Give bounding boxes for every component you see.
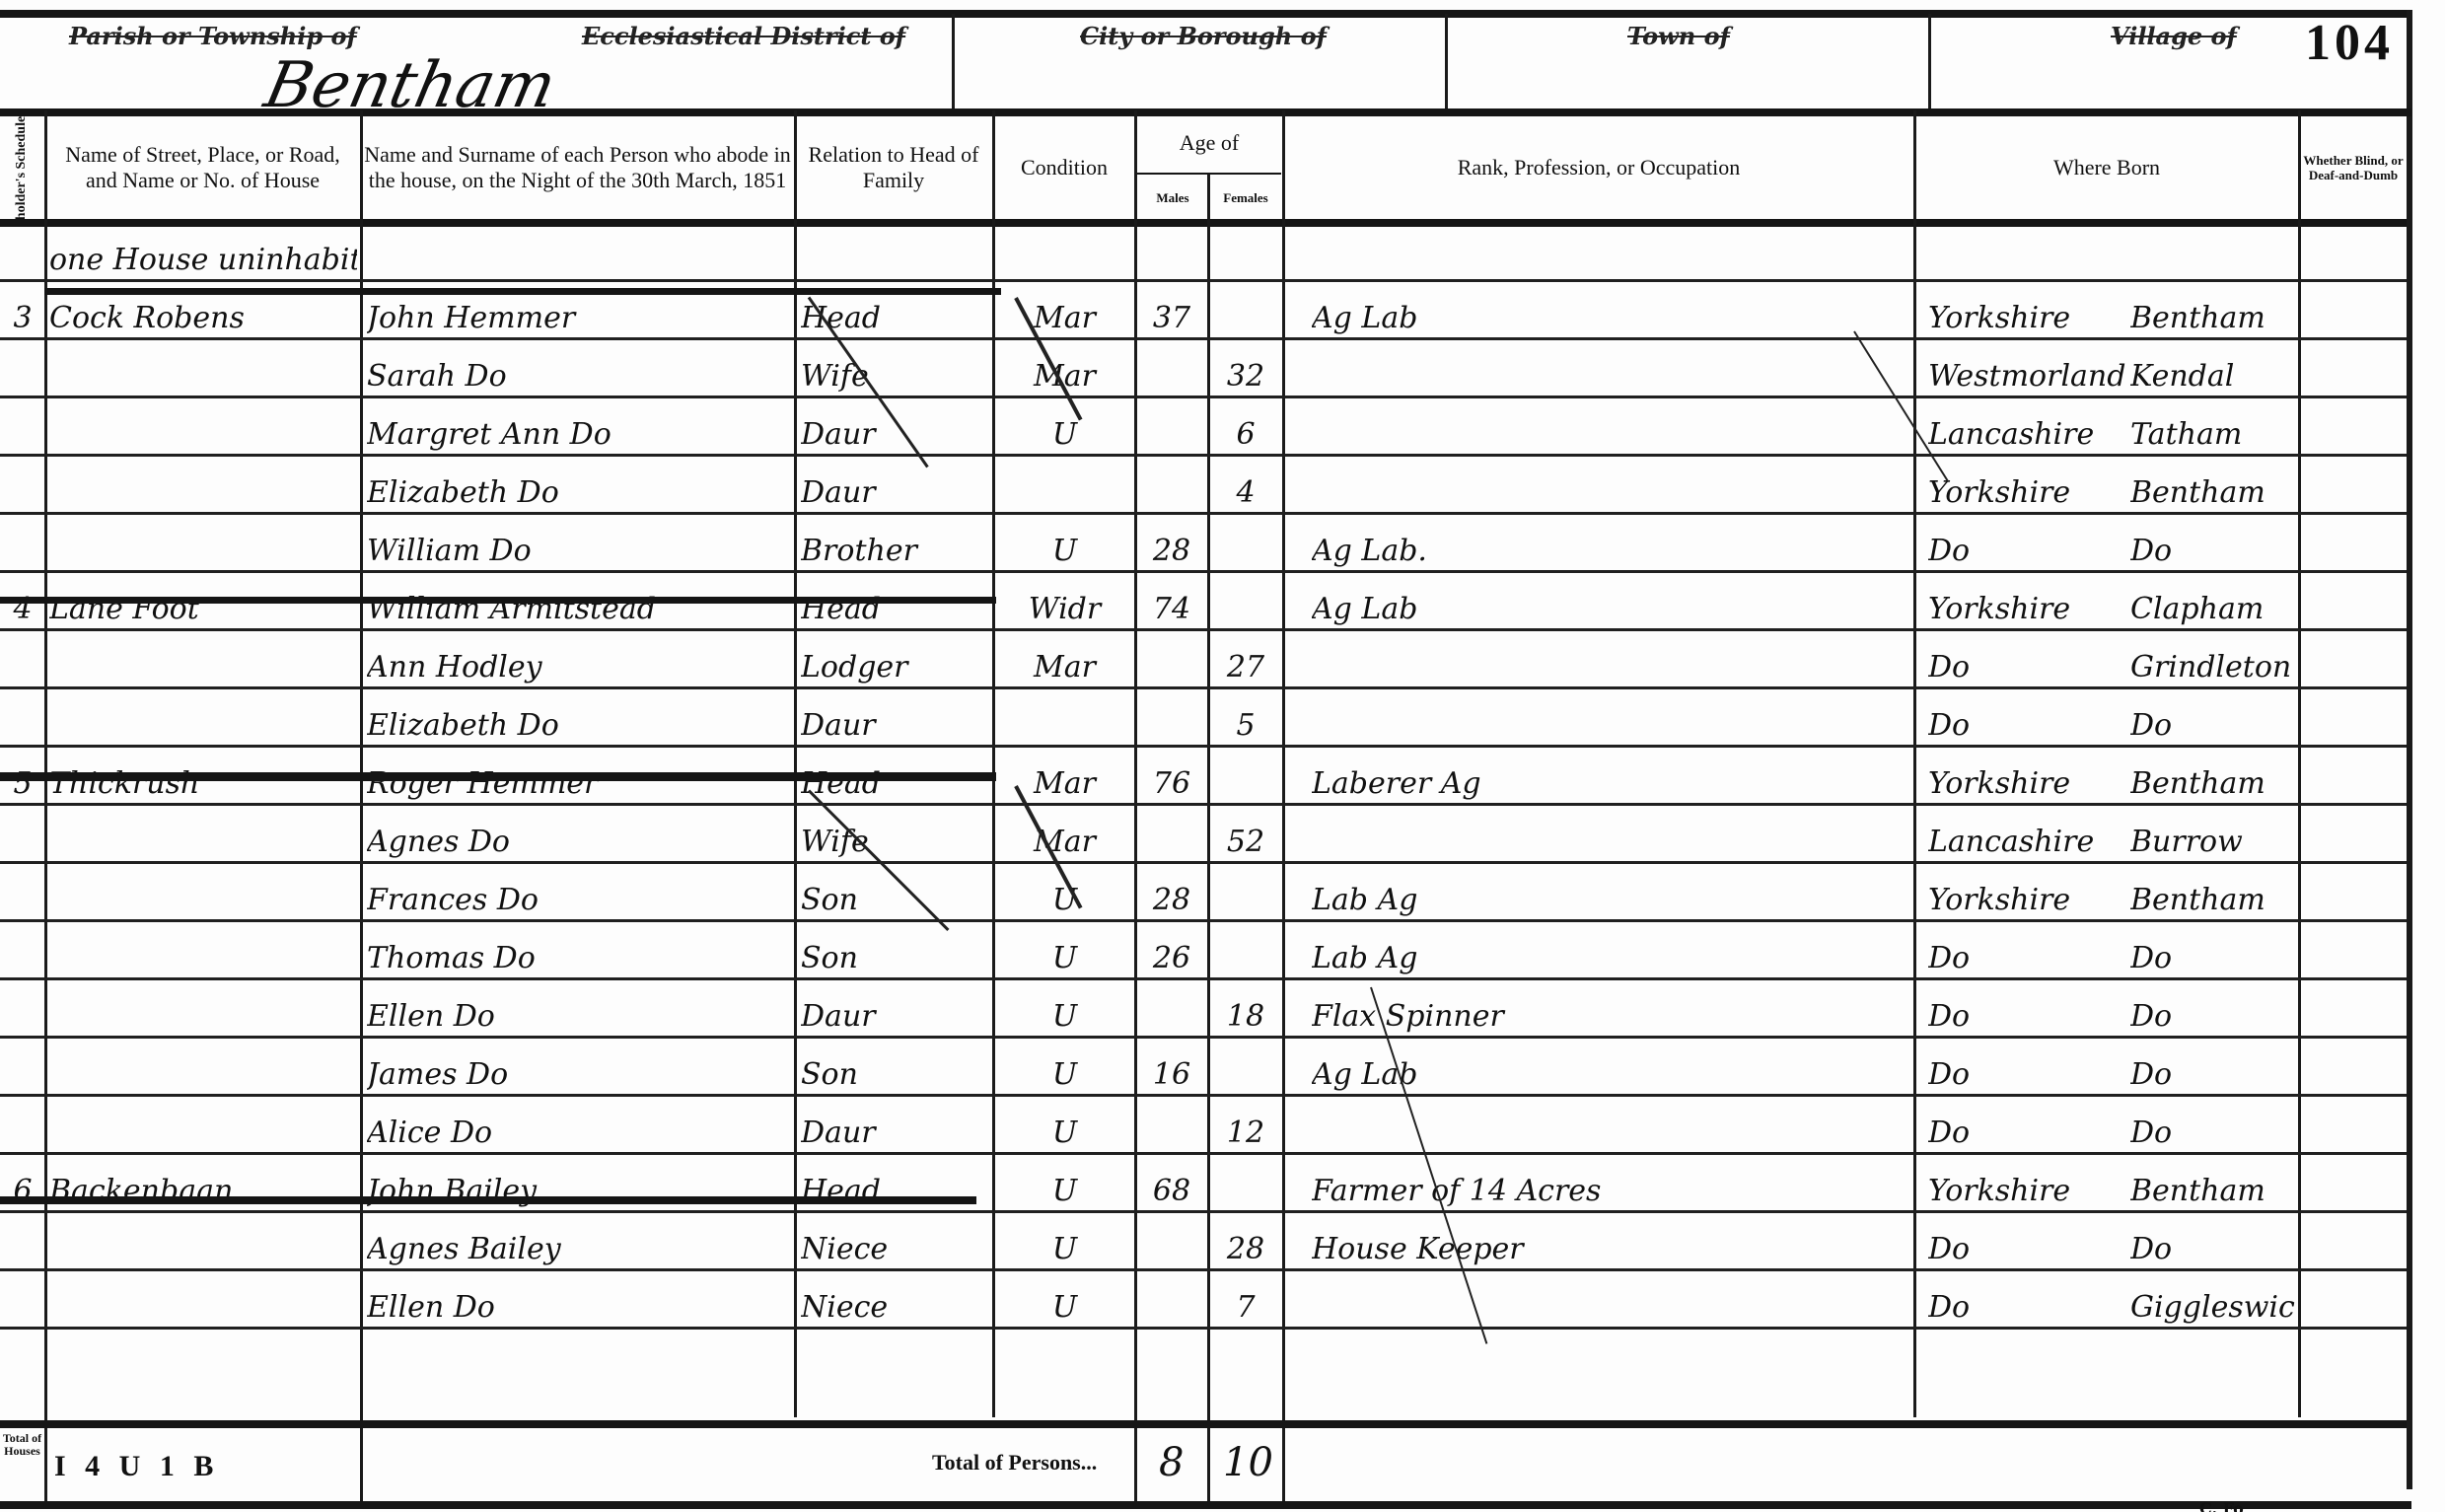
- col-females-header: Females: [1210, 178, 1281, 217]
- cell-males: [1137, 690, 1206, 749]
- row-rule: [0, 1152, 2407, 1155]
- cell-born-county: Do: [1928, 632, 2125, 690]
- row-rule: [0, 512, 2407, 515]
- cell-born-place: Do: [2130, 516, 2296, 574]
- cell-street: [49, 981, 357, 1040]
- cell-females: 6: [1210, 399, 1281, 458]
- col-relation-header: Relation to Head of Family: [797, 116, 990, 219]
- cell-occupation: [1312, 1272, 1908, 1331]
- cell-born-county: Yorkshire: [1928, 283, 2125, 341]
- cell-females: 18: [1210, 981, 1281, 1040]
- cell-occupation: Lab Ag: [1312, 865, 1908, 923]
- cell-born-county: Yorkshire: [1928, 865, 2125, 923]
- col-line: [992, 110, 995, 1417]
- row-rule: [0, 977, 2407, 980]
- cell-born-county: Do: [1928, 923, 2125, 981]
- cell-name: Frances Do: [367, 865, 791, 923]
- cell-born-place: Do: [2130, 1040, 2296, 1098]
- cell-blind: [2303, 1040, 2402, 1098]
- row-rule: [0, 1327, 2407, 1330]
- cell-condition: U: [998, 399, 1131, 458]
- cell-blind: [2303, 632, 2402, 690]
- cell-born-place: Grindleton: [2130, 632, 2296, 690]
- cell-relation: Wife: [801, 341, 988, 399]
- cell-born-place: Tatham: [2130, 399, 2296, 458]
- cell-occupation: House Keeper: [1312, 1214, 1908, 1272]
- cell-born-place: Do: [2130, 690, 2296, 749]
- cell-street: [49, 690, 357, 749]
- household-separator: [44, 288, 1001, 295]
- cell-name: Agnes Bailey: [367, 1214, 791, 1272]
- cell-schedule: [2, 923, 43, 981]
- cell-occupation: Ag Lab.: [1312, 516, 1908, 574]
- cell-born-place: Do: [2130, 1214, 2296, 1272]
- cell-born-county: Do: [1928, 981, 2125, 1040]
- col-line: [360, 110, 363, 1506]
- cell-occupation: Lab Ag: [1312, 923, 1908, 981]
- totals-top-border: [0, 1420, 2407, 1428]
- cell-born-place: Burrow: [2130, 807, 2296, 865]
- cell-condition: Mar: [998, 632, 1131, 690]
- total-females: 10: [1223, 1440, 1273, 1485]
- cell-condition: U: [998, 1272, 1131, 1331]
- cell-name: John Bailey: [367, 1156, 791, 1214]
- cell-schedule: [2, 1098, 43, 1156]
- cell-males: 28: [1137, 865, 1206, 923]
- cell-name: Elizabeth Do: [367, 458, 791, 516]
- cell-males: [1137, 1214, 1206, 1272]
- cell-males: 37: [1137, 283, 1206, 341]
- total-houses-value: I 4 U 1 B: [54, 1450, 219, 1483]
- cell-schedule: [2, 458, 43, 516]
- col-line: [1913, 110, 1916, 1417]
- cell-females: 52: [1210, 807, 1281, 865]
- cell-schedule: [2, 341, 43, 399]
- cell-males: [1137, 399, 1206, 458]
- cell-name: Alice Do: [367, 1098, 791, 1156]
- cell-condition: U: [998, 981, 1131, 1040]
- cell-blind: [2303, 283, 2402, 341]
- cell-females: [1210, 923, 1281, 981]
- cell-males: [1137, 225, 1206, 283]
- cell-condition: U: [998, 1156, 1131, 1214]
- cell-blind: [2303, 399, 2402, 458]
- cell-name: Margret Ann Do: [367, 399, 791, 458]
- cell-street: [49, 399, 357, 458]
- cell-blind: [2303, 1098, 2402, 1156]
- cell-name: Sarah Do: [367, 341, 791, 399]
- cell-blind: [2303, 225, 2402, 283]
- cell-street: [49, 1214, 357, 1272]
- cell-street: [49, 632, 357, 690]
- col-males-header: Males: [1137, 178, 1208, 217]
- household-separator: [0, 597, 996, 604]
- right-border: [2407, 10, 2412, 1489]
- cell-born-place: [2130, 225, 2296, 283]
- cell-schedule: 6: [2, 1156, 43, 1214]
- cell-occupation: [1312, 225, 1908, 283]
- row-rule: [0, 279, 2407, 282]
- row-rule: [0, 337, 2407, 340]
- cell-born-county: Yorkshire: [1928, 574, 2125, 632]
- col-line: [44, 110, 47, 1506]
- col-where-born-header: Where Born: [1916, 116, 2297, 219]
- row-rule: [0, 1210, 2407, 1213]
- cell-females: [1210, 749, 1281, 807]
- cell-females: 32: [1210, 341, 1281, 399]
- cell-females: [1210, 1156, 1281, 1214]
- cell-relation: Brother: [801, 516, 988, 574]
- cell-street: one House uninhabited: [49, 225, 357, 283]
- row-rule: [0, 861, 2407, 864]
- cell-relation: Daur: [801, 458, 988, 516]
- cell-occupation: [1312, 807, 1908, 865]
- cell-schedule: [2, 632, 43, 690]
- cell-condition: U: [998, 1214, 1131, 1272]
- cell-born-place: Bentham: [2130, 865, 2296, 923]
- cell-occupation: [1312, 632, 1908, 690]
- cell-occupation: Ag Lab: [1312, 283, 1908, 341]
- cell-street: [49, 923, 357, 981]
- row-rule: [0, 396, 2407, 398]
- cell-born-place: Do: [2130, 1098, 2296, 1156]
- cell-condition: [998, 225, 1131, 283]
- cell-relation: Lodger: [801, 632, 988, 690]
- cell-females: 7: [1210, 1272, 1281, 1331]
- cell-relation: [801, 225, 988, 283]
- cell-schedule: [2, 807, 43, 865]
- col-schedule-label: holder's Schedule: [15, 115, 30, 219]
- col-condition-header: Condition: [995, 116, 1133, 219]
- cell-males: [1137, 807, 1206, 865]
- cell-blind: [2303, 1214, 2402, 1272]
- total-houses-label: Total of Houses: [0, 1432, 44, 1458]
- cell-males: 26: [1137, 923, 1206, 981]
- cell-females: 27: [1210, 632, 1281, 690]
- cell-name: Elizabeth Do: [367, 690, 791, 749]
- col-line: [1282, 110, 1285, 1506]
- cell-females: [1210, 516, 1281, 574]
- cell-name: Ann Hodley: [367, 632, 791, 690]
- col-occupation-header: Rank, Profession, or Occupation: [1285, 116, 1912, 219]
- col-schedule-header: holder's Schedule: [2, 118, 41, 217]
- cell-name: William Do: [367, 516, 791, 574]
- row-rule: [0, 1094, 2407, 1097]
- cell-name: [367, 225, 791, 283]
- cell-condition: U: [998, 516, 1131, 574]
- cell-born-county: Do: [1928, 1040, 2125, 1098]
- header-divider: [952, 14, 955, 112]
- total-males: 8: [1159, 1440, 1184, 1485]
- cell-born-place: Bentham: [2130, 458, 2296, 516]
- col-line: [794, 110, 797, 1417]
- cell-relation: Head: [801, 1156, 988, 1214]
- cell-blind: [2303, 341, 2402, 399]
- cell-blind: [2303, 690, 2402, 749]
- cell-born-place: Clapham: [2130, 574, 2296, 632]
- cell-males: [1137, 341, 1206, 399]
- cell-females: 12: [1210, 1098, 1281, 1156]
- row-rule: [0, 454, 2407, 457]
- row-rule: [0, 686, 2407, 689]
- cell-born-county: [1928, 225, 2125, 283]
- cell-females: [1210, 283, 1281, 341]
- cell-males: [1137, 981, 1206, 1040]
- cell-schedule: [2, 1040, 43, 1098]
- cell-schedule: [2, 690, 43, 749]
- cell-condition: Mar: [998, 807, 1131, 865]
- cell-street: [49, 1040, 357, 1098]
- page-number: 104: [2305, 14, 2394, 72]
- cell-occupation: Farmer of 14 Acres: [1312, 1156, 1908, 1214]
- town-label: Town of: [1627, 22, 1730, 50]
- cell-relation: Niece: [801, 1272, 988, 1331]
- cell-females: 5: [1210, 690, 1281, 749]
- cell-occupation: Flax Spinner: [1312, 981, 1908, 1040]
- cell-born-place: Do: [2130, 923, 2296, 981]
- cell-born-county: Do: [1928, 516, 2125, 574]
- cell-relation: Wife: [801, 807, 988, 865]
- cell-females: [1210, 574, 1281, 632]
- cell-females: 28: [1210, 1214, 1281, 1272]
- cell-blind: [2303, 865, 2402, 923]
- cell-condition: Mar: [998, 749, 1131, 807]
- col-blind-header: Whether Blind, or Deaf-and-Dumb: [2301, 116, 2406, 219]
- cell-males: 76: [1137, 749, 1206, 807]
- cell-relation: Niece: [801, 1214, 988, 1272]
- cell-blind: [2303, 923, 2402, 981]
- row-rule: [0, 803, 2407, 806]
- cell-born-place: Bentham: [2130, 1156, 2296, 1214]
- cell-street: [49, 458, 357, 516]
- cell-condition: [998, 458, 1131, 516]
- cell-males: [1137, 1098, 1206, 1156]
- row-rule: [0, 570, 2407, 573]
- cell-name: James Do: [367, 1040, 791, 1098]
- cell-schedule: 3: [2, 283, 43, 341]
- cell-born-place: Kendal: [2130, 341, 2296, 399]
- cell-relation: Daur: [801, 399, 988, 458]
- cell-street: [49, 1098, 357, 1156]
- cell-born-county: Do: [1928, 690, 2125, 749]
- cell-born-county: Do: [1928, 1098, 2125, 1156]
- cell-born-county: Yorkshire: [1928, 749, 2125, 807]
- cell-condition: U: [998, 1098, 1131, 1156]
- header-divider: [1445, 14, 1448, 112]
- cell-males: 74: [1137, 574, 1206, 632]
- cell-born-county: Yorkshire: [1928, 458, 2125, 516]
- cell-occupation: Laberer Ag: [1312, 749, 1908, 807]
- header-divider: [1928, 14, 1931, 112]
- row-rule: [0, 745, 2407, 748]
- cell-occupation: [1312, 690, 1908, 749]
- cell-females: [1210, 865, 1281, 923]
- cell-blind: [2303, 1156, 2402, 1214]
- footer-mark: C. Fo: [2199, 1499, 2244, 1512]
- row-rule: [0, 628, 2407, 631]
- cell-blind: [2303, 574, 2402, 632]
- cell-street: Backenbaan: [49, 1156, 357, 1214]
- cell-street: [49, 1272, 357, 1331]
- household-separator: [0, 772, 996, 781]
- row-rule: [0, 1268, 2407, 1271]
- cell-schedule: [2, 865, 43, 923]
- col-line: [2298, 110, 2301, 1417]
- cell-males: 16: [1137, 1040, 1206, 1098]
- cell-occupation: [1312, 1098, 1908, 1156]
- total-persons-label: Total of Persons...: [932, 1450, 1097, 1476]
- cell-blind: [2303, 807, 2402, 865]
- cell-condition: [998, 690, 1131, 749]
- cell-born-place: Do: [2130, 981, 2296, 1040]
- ecclesiastical-district-label: Ecclesiastical District of: [582, 22, 905, 50]
- cell-born-county: Do: [1928, 1272, 2125, 1331]
- row-rule: [0, 919, 2407, 922]
- cell-street: [49, 865, 357, 923]
- cell-blind: [2303, 458, 2402, 516]
- cell-born-county: Do: [1928, 1214, 2125, 1272]
- cell-condition: Mar: [998, 283, 1131, 341]
- cell-males: [1137, 458, 1206, 516]
- top-border: [0, 10, 2411, 18]
- cell-born-county: Yorkshire: [1928, 1156, 2125, 1214]
- cell-name: Ellen Do: [367, 1272, 791, 1331]
- cell-males: 68: [1137, 1156, 1206, 1214]
- cell-relation: Son: [801, 923, 988, 981]
- cell-schedule: [2, 225, 43, 283]
- cell-blind: [2303, 749, 2402, 807]
- cell-born-county: Westmorland: [1928, 341, 2125, 399]
- cell-schedule: [2, 981, 43, 1040]
- cell-street: [49, 807, 357, 865]
- cell-born-county: Lancashire: [1928, 807, 2125, 865]
- cell-relation: Daur: [801, 690, 988, 749]
- cell-blind: [2303, 981, 2402, 1040]
- cell-relation: Daur: [801, 981, 988, 1040]
- cell-occupation: Ag Lab: [1312, 574, 1908, 632]
- cell-street: [49, 516, 357, 574]
- bottom-border: [0, 1501, 2411, 1509]
- cell-born-place: Bentham: [2130, 283, 2296, 341]
- row-rule: [0, 1036, 2407, 1039]
- cell-name: Thomas Do: [367, 923, 791, 981]
- cell-born-county: Lancashire: [1928, 399, 2125, 458]
- cell-born-place: Giggleswick: [2130, 1272, 2296, 1331]
- cell-condition: U: [998, 1040, 1131, 1098]
- col-age-header: Age of: [1137, 118, 1281, 168]
- col-street-header: Name of Street, Place, or Road, and Name…: [47, 116, 358, 219]
- cell-schedule: [2, 399, 43, 458]
- cell-relation: Daur: [801, 1098, 988, 1156]
- parish-label: Parish or Township of: [69, 22, 357, 50]
- cell-condition: U: [998, 923, 1131, 981]
- cell-blind: [2303, 516, 2402, 574]
- cell-blind: [2303, 1272, 2402, 1331]
- cell-schedule: [2, 1272, 43, 1331]
- cell-occupation: [1312, 458, 1908, 516]
- cell-occupation: [1312, 399, 1908, 458]
- cell-schedule: [2, 516, 43, 574]
- cell-females: [1210, 1040, 1281, 1098]
- cell-born-place: Bentham: [2130, 749, 2296, 807]
- cell-schedule: [2, 1214, 43, 1272]
- cell-females: 4: [1210, 458, 1281, 516]
- cell-males: 28: [1137, 516, 1206, 574]
- col-name-header: Name and Surname of each Person who abod…: [363, 116, 792, 219]
- cell-occupation: Ag Lab: [1312, 1040, 1908, 1098]
- city-borough-label: City or Borough of: [1080, 22, 1327, 50]
- household-separator: [0, 1196, 976, 1204]
- cell-name: Ellen Do: [367, 981, 791, 1040]
- cell-condition: Widr: [998, 574, 1131, 632]
- cell-males: [1137, 1272, 1206, 1331]
- cell-males: [1137, 632, 1206, 690]
- cell-females: [1210, 225, 1281, 283]
- cell-relation: Son: [801, 1040, 988, 1098]
- cell-occupation: [1312, 341, 1908, 399]
- cell-name: Agnes Do: [367, 807, 791, 865]
- cell-street: [49, 341, 357, 399]
- village-label: Village of: [2111, 22, 2237, 50]
- census-page: Parish or Township of Bentham Ecclesiast…: [0, 0, 2445, 1512]
